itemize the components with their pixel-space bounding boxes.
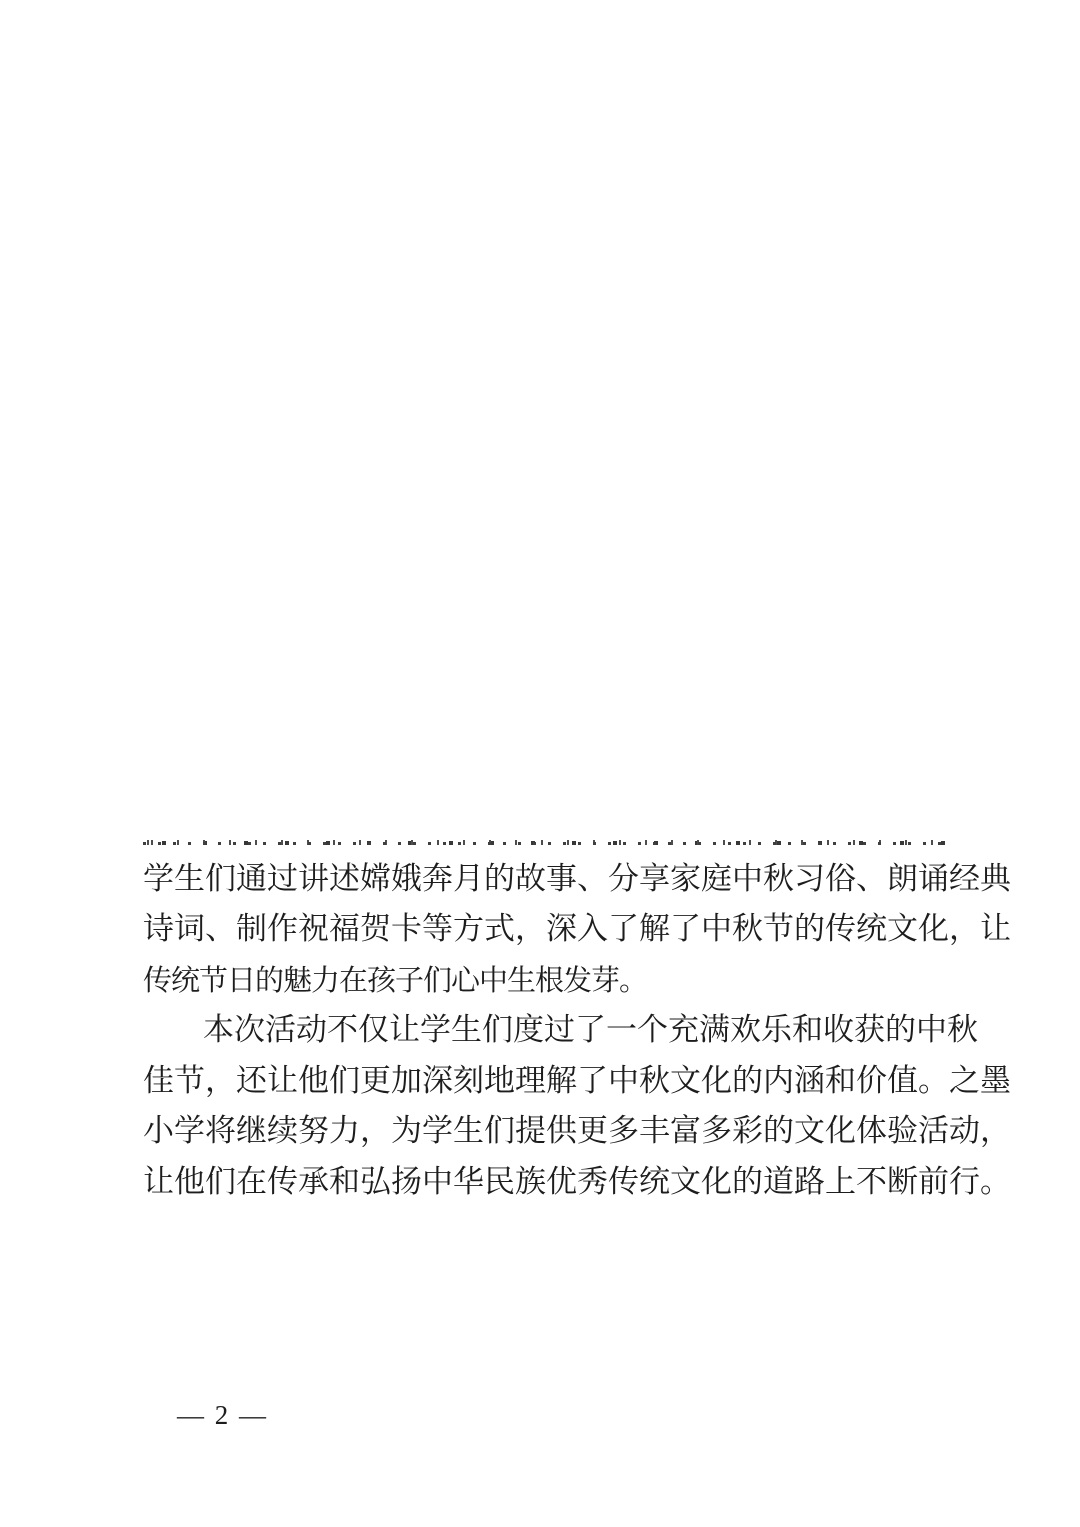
paragraph-line: 诗词、制作祝福贺卡等方式，深入了解了中秋节的传统文化，让 (143, 905, 953, 956)
cropped-line-remnant (143, 839, 953, 845)
paragraph-line: 传统节日的魅力在孩子们心中生根发芽。 (143, 955, 953, 1006)
paragraph-line: 小学将继续努力，为学生们提供更多丰富多彩的文化体验活动， (143, 1107, 953, 1158)
paragraph-line-indented: 本次活动不仅让学生们度过了一个充满欢乐和收获的中秋 (143, 1006, 953, 1057)
paragraph-line: 学生们通过讲述嫦娥奔月的故事、分享家庭中秋习俗、朗诵经典 (143, 854, 953, 905)
paragraph-line: 让他们在传承和弘扬中华民族优秀传统文化的道路上不断前行。 (143, 1157, 953, 1208)
page-number: — 2 — (177, 1400, 268, 1431)
body-text-block: 学生们通过讲述嫦娥奔月的故事、分享家庭中秋习俗、朗诵经典 诗词、制作祝福贺卡等方… (143, 839, 953, 1208)
paragraph-line: 佳节，还让他们更加深刻地理解了中秋文化的内涵和价值。之墨 (143, 1056, 953, 1107)
document-page: 学生们通过讲述嫦娥奔月的故事、分享家庭中秋习俗、朗诵经典 诗词、制作祝福贺卡等方… (0, 0, 1080, 1527)
